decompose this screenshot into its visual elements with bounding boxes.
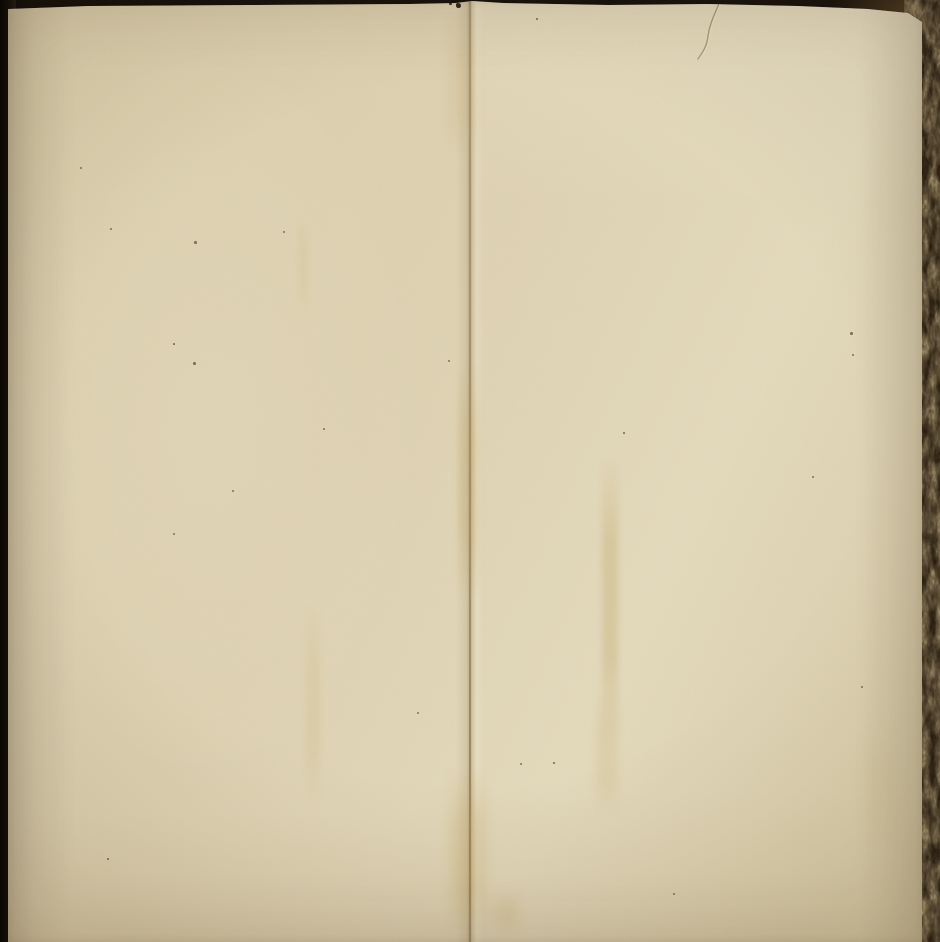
paper-spread bbox=[8, 0, 922, 942]
vignette-overlay bbox=[8, 0, 922, 942]
book-scan-image bbox=[0, 0, 940, 942]
